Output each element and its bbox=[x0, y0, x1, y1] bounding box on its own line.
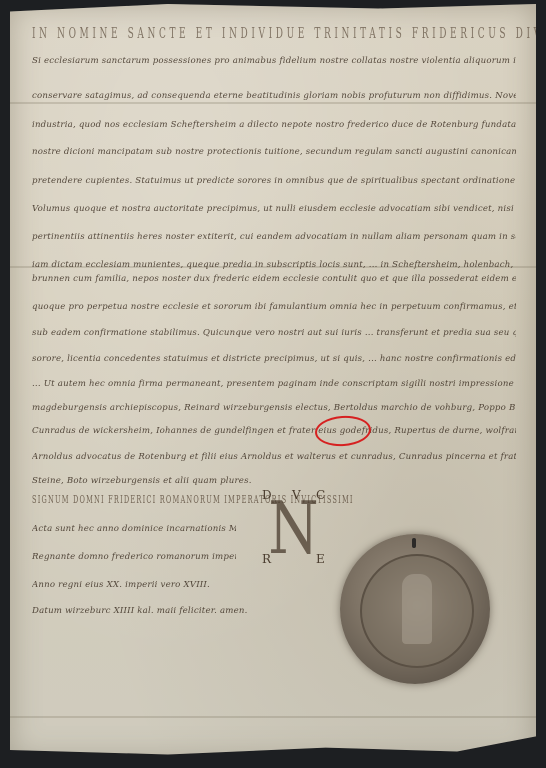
text-line: brunnen cum familia, nepos noster dux fr… bbox=[32, 274, 516, 284]
text-line: pertinentiis attinentiis heres noster ex… bbox=[32, 232, 516, 242]
annotation-text: Rupertus de durne bbox=[10, 4, 11, 5]
text-line: Arnoldus advocatus de Rotenburg et filii… bbox=[32, 452, 516, 462]
invocation-line: IN NOMINE SANCTE ET INDIVIDUE TRINITATIS… bbox=[32, 24, 546, 42]
text-line: pretendere cupientes. Statuimus ut predi… bbox=[32, 176, 516, 186]
red-annotation-circle bbox=[314, 414, 372, 448]
text-line: sub eadem confirmatione stabilimus. Quic… bbox=[32, 328, 516, 338]
text-line: Si ecclesiarum sanctarum possessiones pr… bbox=[32, 56, 516, 66]
text-line: iam dictam ecclesiam munientes, queque p… bbox=[32, 260, 516, 270]
text-line: Volumus quoque et nostra auctoritate pre… bbox=[32, 204, 516, 214]
fold-line bbox=[10, 716, 536, 718]
text-line: conservare satagimus, ad consequenda ete… bbox=[32, 91, 516, 101]
text-line-annotated: Cunradus de wickersheim, Iohannes de gun… bbox=[32, 426, 516, 436]
text-line: magdeburgensis archiepiscopus, Reinard w… bbox=[32, 403, 516, 413]
parchment-document: IN NOMINE SANCTE ET INDIVIDUE TRINITATIS… bbox=[10, 4, 536, 759]
seal-image-field bbox=[360, 554, 474, 668]
text-line: industria, quod nos ecclesiam Scheftersh… bbox=[32, 120, 516, 130]
text-line: ... Ut autem hec omnia firma permaneant,… bbox=[32, 379, 516, 389]
enthroned-ruler-figure bbox=[402, 574, 432, 644]
text-line: Steine, Boto wirzeburgensis et alii quam… bbox=[32, 476, 516, 486]
fold-line bbox=[10, 102, 536, 104]
imperial-monogram: N D V C R E FRIDERICUS bbox=[262, 488, 332, 568]
dating-line: Anno regni eius XX. imperii vero XVIII. bbox=[32, 580, 216, 590]
dating-line: Datum wirzeburc XIIII kal. maii felicite… bbox=[32, 606, 266, 616]
text-line: nostre dicioni mancipatam sub nostre pro… bbox=[32, 147, 516, 157]
dating-line: Acta sunt hec anno dominice incarnationi… bbox=[32, 524, 236, 534]
text-line: quoque pro perpetua nostre ecclesie et s… bbox=[32, 302, 516, 312]
text-line: sorore, licentia concedentes statuimus e… bbox=[32, 354, 516, 364]
seal-attachment-hole bbox=[412, 538, 416, 548]
dating-line: Regnante domno frederico romanorum imper… bbox=[32, 552, 236, 562]
wax-seal: Round wax seal depicting an enthroned ru… bbox=[340, 534, 490, 684]
